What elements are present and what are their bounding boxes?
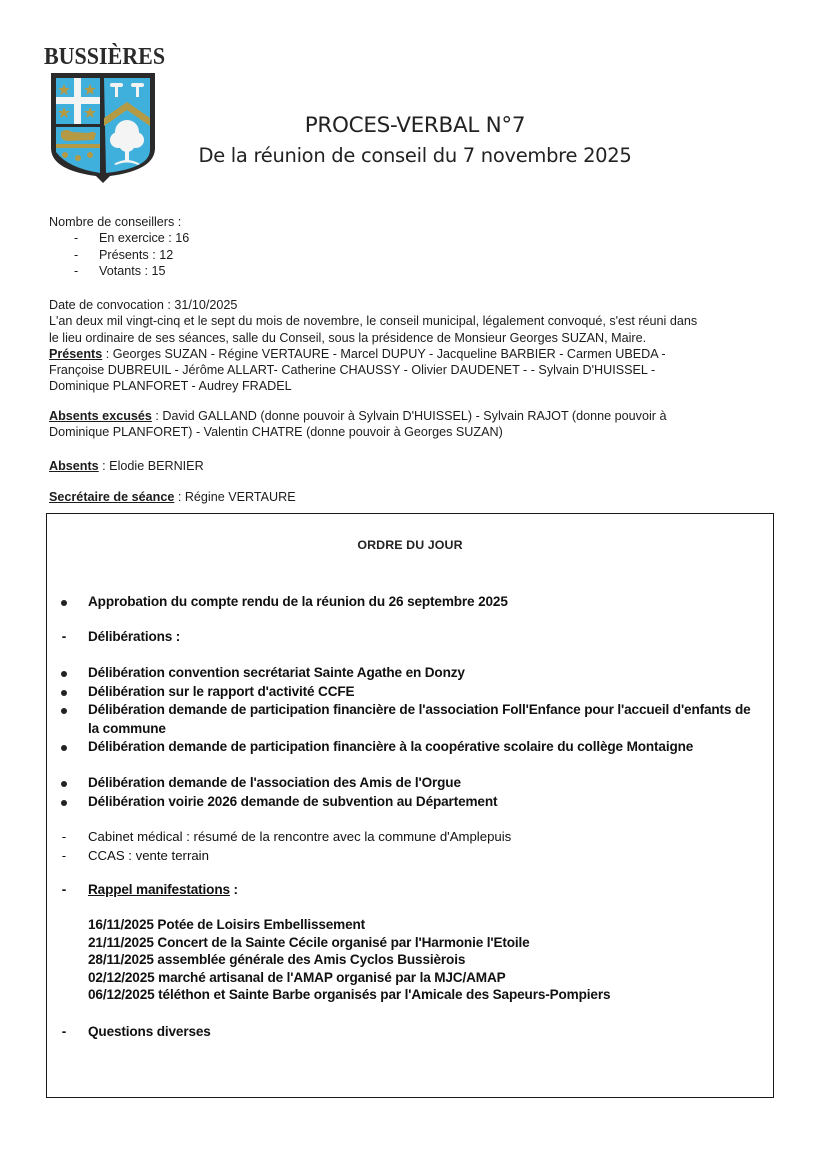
deliberation-item: Délibération sur le rapport d'activité C… (59, 683, 759, 702)
deliberation-item: Délibération demande de l'association de… (59, 774, 759, 793)
bullet-icon (61, 745, 67, 751)
agenda-item-ccas: -CCAS : vente terrain (59, 847, 759, 866)
present-members-line: Dominique PLANFORET - Audrey FRADEL (49, 378, 779, 394)
excused-label: Absents excusés (49, 409, 152, 423)
events-list: 16/11/2025 Potée de Loisirs Embellisseme… (88, 916, 610, 1004)
absent-label: Absents (49, 459, 99, 473)
bullet-icon (61, 671, 67, 677)
bullet-icon (61, 708, 67, 714)
event-item: 28/11/2025 assemblée générale des Amis C… (88, 951, 610, 969)
convocation-date: Date de convocation : 31/10/2025 (49, 297, 779, 313)
bullet-icon (61, 781, 67, 787)
deliberation-item: Délibération voirie 2026 demande de subv… (59, 793, 759, 812)
deliberation-item: Délibération demande de participation fi… (59, 701, 759, 738)
bullet-icon (61, 690, 67, 696)
agenda-item-medical: -Cabinet médical : résumé de la rencontr… (59, 828, 759, 847)
agenda-item-approval: Approbation du compte rendu de la réunio… (59, 593, 759, 612)
session-secretary: Secrétaire de séance : Régine VERTAURE (49, 489, 296, 505)
councillors-list: En exercice : 16 Présents : 12 Votants :… (49, 230, 189, 279)
present-label: Présents (49, 347, 102, 361)
municipal-logo: BUSSIÈRES (44, 44, 162, 66)
document-header: PROCES-VERBAL N°7 De la réunion de conse… (180, 112, 650, 171)
agenda-item-questions: -Questions diverses (59, 1023, 759, 1042)
deliberation-item: Délibération convention secrétariat Sain… (59, 664, 759, 683)
present-members-line: Françoise DUBREUIL - Jérôme ALLART- Cath… (49, 362, 779, 378)
excused-members: Absents excusés : David GALLAND (donne p… (49, 408, 779, 441)
list-item: En exercice : 16 (49, 230, 189, 246)
absent-members: Absents : Elodie BERNIER (49, 458, 204, 474)
event-item: 06/12/2025 téléthon et Sainte Barbe orga… (88, 986, 610, 1004)
events-heading: -Rappel manifestations : (59, 881, 759, 900)
present-members: Présents : Georges SUZAN - Régine VERTAU… (49, 346, 779, 362)
councillors-section: Nombre de conseillers : En exercice : 16… (49, 214, 189, 279)
agenda-box: ORDRE DU JOUR Approbation du compte rend… (46, 513, 774, 1098)
meeting-details: Date de convocation : 31/10/2025 L'an de… (49, 297, 779, 395)
bullet-icon (61, 800, 67, 806)
coat-of-arms-icon (48, 70, 158, 184)
bullet-icon (61, 600, 67, 606)
intro-text-line: le lieu ordinaire de ses séances, salle … (49, 330, 779, 346)
list-item: Votants : 15 (49, 263, 189, 279)
secretary-label: Secrétaire de séance (49, 490, 174, 504)
event-item: 16/11/2025 Potée de Loisirs Embellisseme… (88, 916, 610, 934)
list-item: Présents : 12 (49, 247, 189, 263)
page-title: PROCES-VERBAL N°7 (180, 112, 650, 140)
deliberation-item: Délibération demande de participation fi… (59, 738, 759, 757)
event-item: 21/11/2025 Concert de la Sainte Cécile o… (88, 934, 610, 952)
deliberations-heading: -Délibérations : (59, 628, 759, 647)
intro-text-line: L'an deux mil vingt-cinq et le sept du m… (49, 313, 779, 329)
town-name: BUSSIÈRES (44, 44, 162, 69)
event-item: 02/12/2025 marché artisanal de l'AMAP or… (88, 969, 610, 987)
page-subtitle: De la réunion de conseil du 7 novembre 2… (180, 141, 650, 171)
agenda-title: ORDRE DU JOUR (47, 538, 773, 552)
councillors-heading: Nombre de conseillers : (49, 214, 189, 230)
